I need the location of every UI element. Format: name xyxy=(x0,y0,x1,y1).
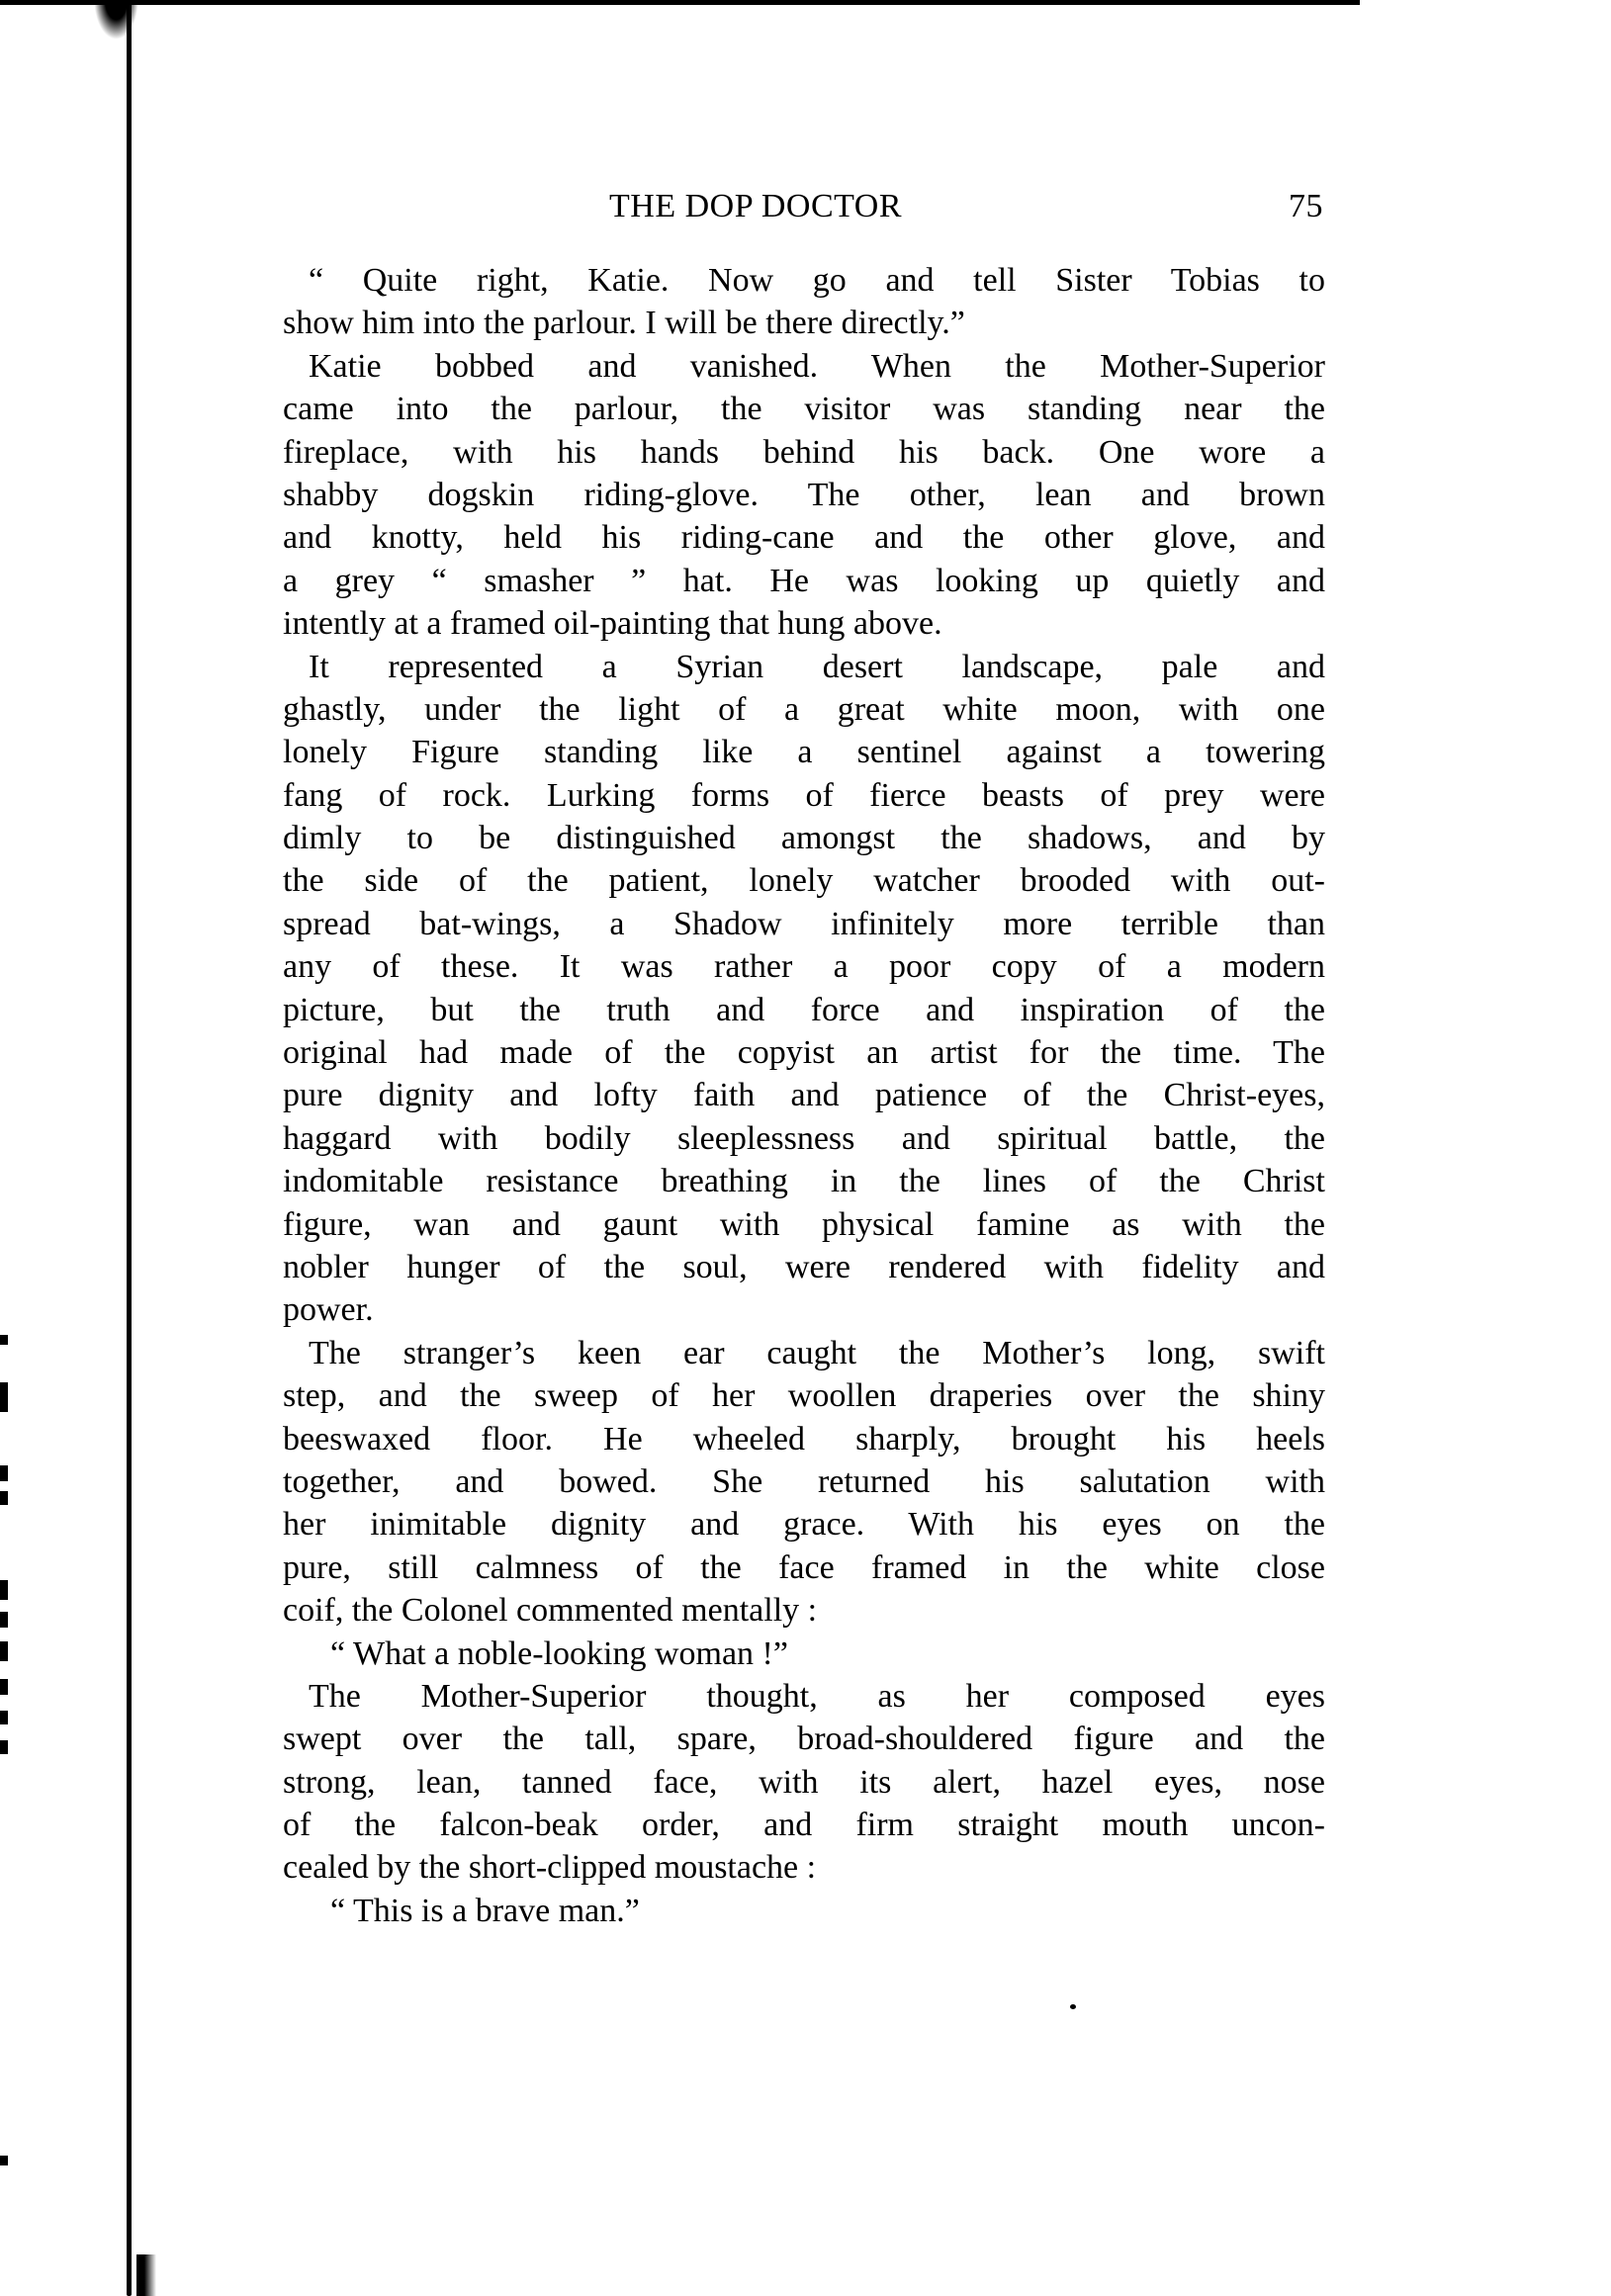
text-line: “ Quite right, Katie. Now go and tell Si… xyxy=(283,259,1325,302)
bleed-mark xyxy=(0,1679,8,1695)
text-line: her inimitable dignity and grace. With h… xyxy=(283,1503,1325,1545)
book-page: THE DOP DOCTOR 75 “ Quite right, Katie. … xyxy=(283,188,1325,1932)
paragraph: It represented a Syrian desert landscape… xyxy=(283,646,1325,1332)
text-line: the side of the patient, lonely watcher … xyxy=(283,859,1325,902)
scan-top-border xyxy=(0,0,1360,5)
text-line: shabby dogskin riding-glove. The other, … xyxy=(283,474,1325,516)
text-line: haggard with bodily sleeplessness and sp… xyxy=(283,1117,1325,1160)
scan-binding-notch xyxy=(94,0,138,40)
bleed-mark xyxy=(0,2156,8,2165)
text-line: any of these. It was rather a poor copy … xyxy=(283,945,1325,988)
stray-ink-dot xyxy=(1070,2004,1076,2009)
bleed-mark xyxy=(0,1641,8,1661)
bleed-mark xyxy=(0,1612,8,1628)
paragraph: Katie bobbed and vanished. When the Moth… xyxy=(283,345,1325,646)
page-gutter-foot xyxy=(136,2254,156,2296)
text-line: The stranger’s keen ear caught the Mothe… xyxy=(283,1332,1325,1374)
text-line: Katie bobbed and vanished. When the Moth… xyxy=(283,345,1325,388)
page-gutter-edge xyxy=(127,0,132,2296)
text-line: ghastly, under the light of a great whit… xyxy=(283,688,1325,731)
running-head: THE DOP DOCTOR 75 xyxy=(283,188,1325,237)
text-line: fang of rock. Lurking forms of fierce be… xyxy=(283,774,1325,817)
text-line: “ This is a brave man.” xyxy=(283,1890,1325,1932)
text-line: spread bat-wings, a Shadow infinitely mo… xyxy=(283,903,1325,945)
text-line: original had made of the copyist an arti… xyxy=(283,1031,1325,1074)
text-line: lonely Figure standing like a sentinel a… xyxy=(283,731,1325,773)
text-line: swept over the tall, spare, broad-should… xyxy=(283,1718,1325,1760)
bleed-mark xyxy=(0,1580,8,1600)
bleed-mark xyxy=(0,1491,8,1505)
text-line: cealed by the short-clipped moustache : xyxy=(283,1846,1325,1889)
paragraph: “ Quite right, Katie. Now go and tell Si… xyxy=(283,259,1325,345)
text-line: pure dignity and lofty faith and patienc… xyxy=(283,1074,1325,1116)
text-line: It represented a Syrian desert landscape… xyxy=(283,646,1325,688)
text-line: indomitable resistance breathing in the … xyxy=(283,1160,1325,1202)
text-line: of the falcon-beak order, and firm strai… xyxy=(283,1804,1325,1846)
bleed-mark xyxy=(0,1382,8,1412)
text-line: came into the parlour, the visitor was s… xyxy=(283,388,1325,430)
text-line: picture, but the truth and force and ins… xyxy=(283,989,1325,1031)
text-line: show him into the parlour. I will be the… xyxy=(283,302,1325,344)
text-line: dimly to be distinguished amongst the sh… xyxy=(283,817,1325,859)
text-line: figure, wan and gaunt with physical fami… xyxy=(283,1203,1325,1246)
text-line: pure, still calmness of the face framed … xyxy=(283,1546,1325,1589)
text-line: step, and the sweep of her woollen drape… xyxy=(283,1374,1325,1417)
text-line: coif, the Colonel commented mentally : xyxy=(283,1589,1325,1632)
paragraph: The stranger’s keen ear caught the Mothe… xyxy=(283,1332,1325,1633)
text-line: nobler hunger of the soul, were rendered… xyxy=(283,1246,1325,1288)
paragraph: The Mother-Superior thought, as her comp… xyxy=(283,1675,1325,1890)
paragraph: “ What a noble-looking woman !” xyxy=(283,1633,1325,1675)
text-line: “ What a noble-looking woman !” xyxy=(283,1633,1325,1675)
text-line: intently at a framed oil-painting that h… xyxy=(283,602,1325,645)
bleed-mark xyxy=(0,1711,8,1724)
text-line: beeswaxed floor. He wheeled sharply, bro… xyxy=(283,1418,1325,1460)
text-line: The Mother-Superior thought, as her comp… xyxy=(283,1675,1325,1718)
text-line: together, and bowed. She returned his sa… xyxy=(283,1460,1325,1503)
paragraph: “ This is a brave man.” xyxy=(283,1890,1325,1932)
bleed-mark xyxy=(0,1335,8,1345)
text-line: power. xyxy=(283,1288,1325,1331)
text-line: fireplace, with his hands behind his bac… xyxy=(283,431,1325,474)
body-text: “ Quite right, Katie. Now go and tell Si… xyxy=(283,259,1325,1932)
text-line: strong, lean, tanned face, with its aler… xyxy=(283,1761,1325,1804)
text-line: a grey “ smasher ” hat. He was looking u… xyxy=(283,560,1325,602)
bleed-mark xyxy=(0,1740,8,1754)
text-line: and knotty, held his riding-cane and the… xyxy=(283,516,1325,559)
page-number: 75 xyxy=(1289,188,1323,225)
running-head-title: THE DOP DOCTOR xyxy=(609,188,902,225)
bleed-mark xyxy=(0,1465,8,1481)
